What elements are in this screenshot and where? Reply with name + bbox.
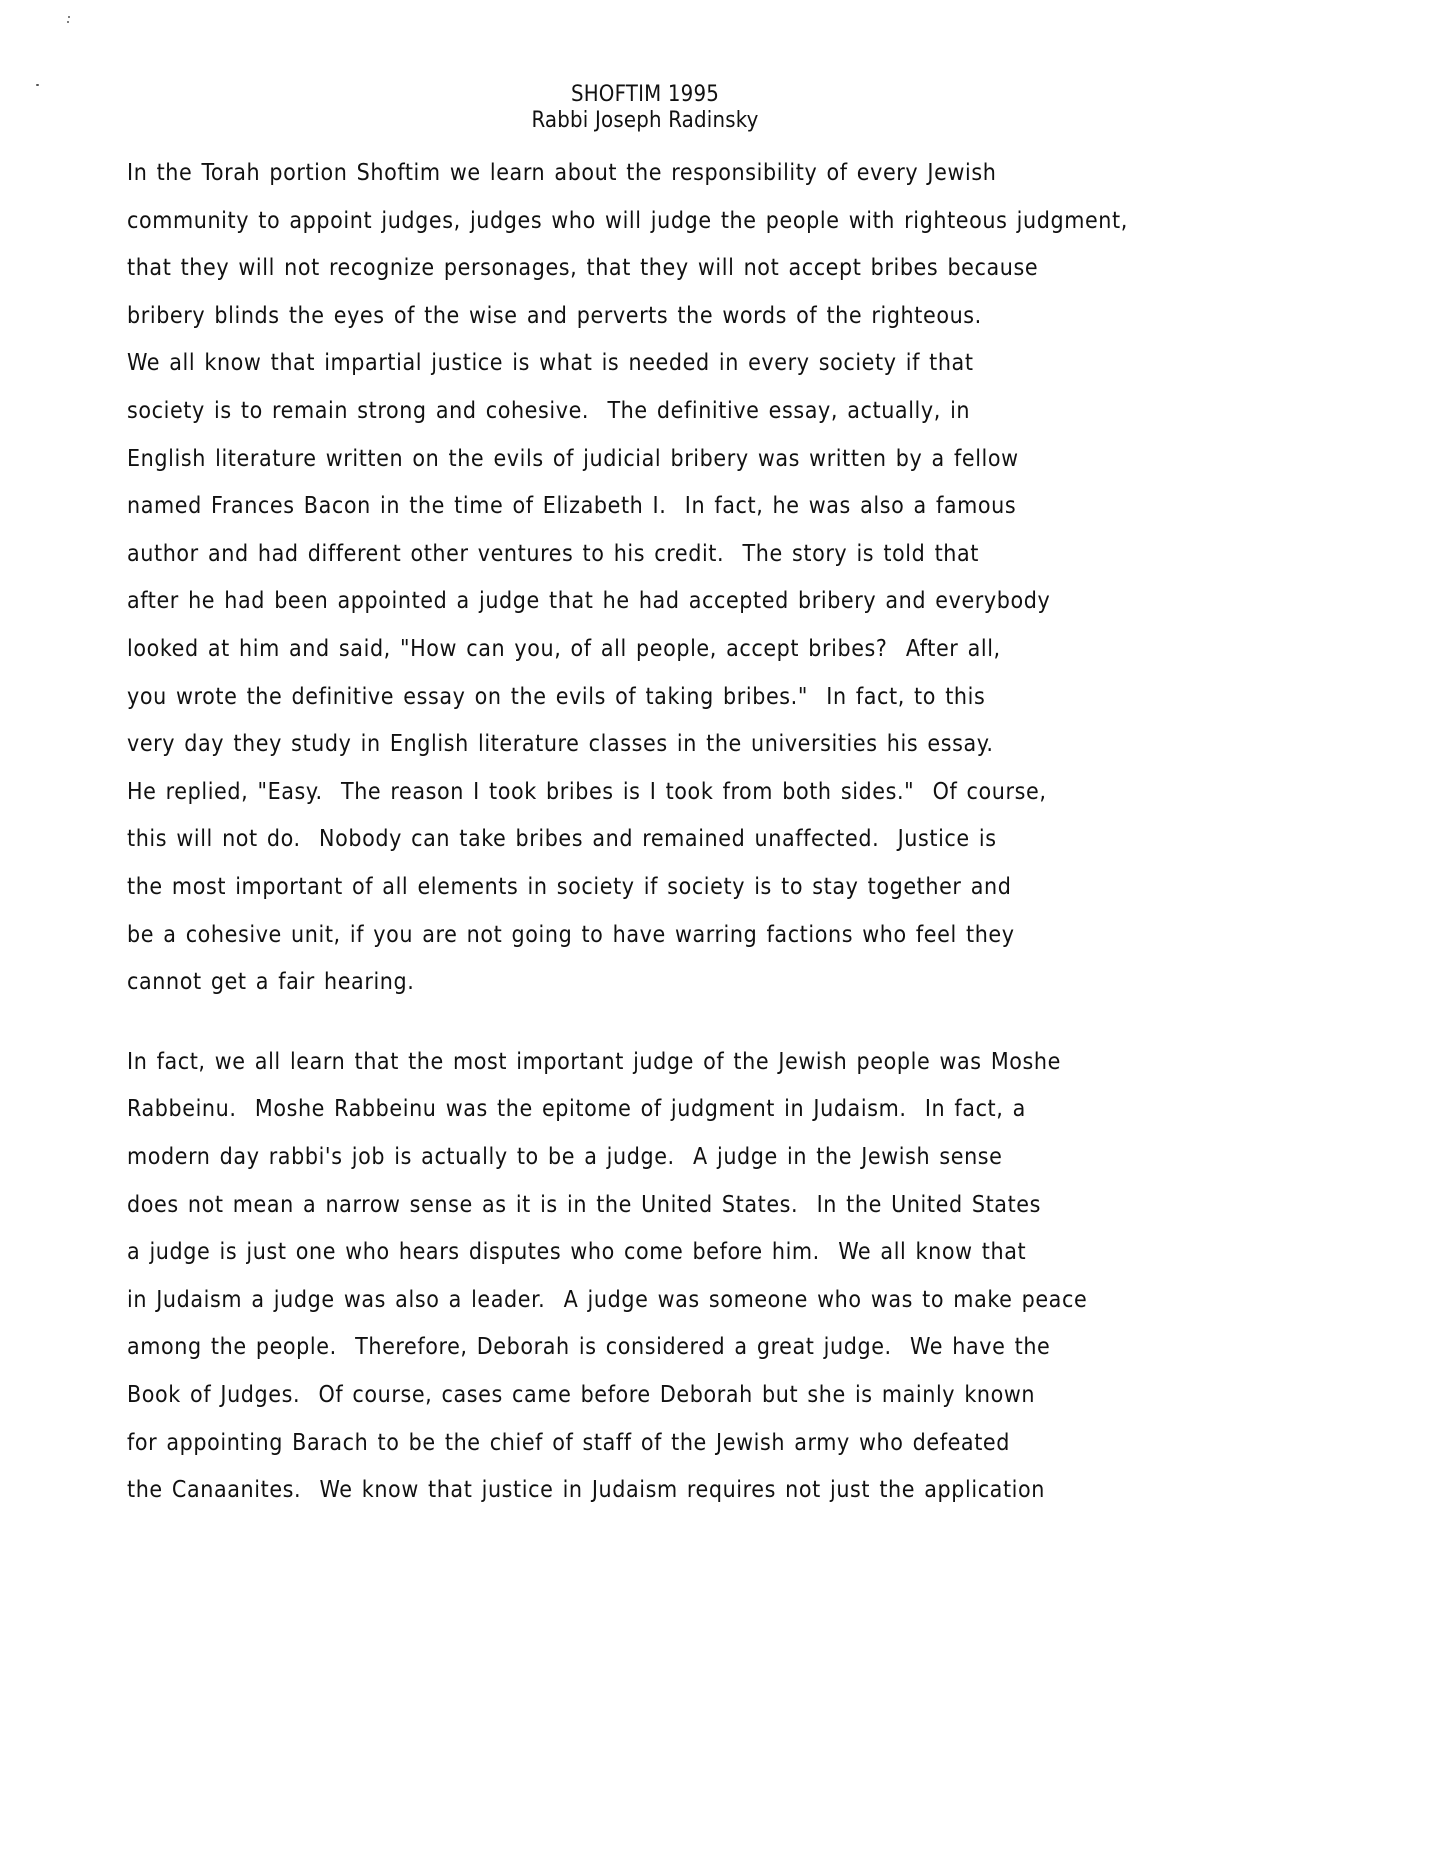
text-line: English literature written on the evils … [127,444,1019,474]
document-author: Rabbi Joseph Radinsky [0,108,1290,134]
text-line: that they will not recognize personages,… [127,253,1038,283]
document-title: SHOFTIM 1995 [0,82,1290,108]
text-line: He replied, "Easy. The reason I took bri… [127,777,1047,807]
text-line: modern day rabbi's job is actually to be… [127,1142,1003,1172]
text-line: We all know that impartial justice is wh… [127,348,974,378]
text-line: Book of Judges. Of course, cases came be… [127,1380,1035,1410]
text-line: the Canaanites. We know that justice in … [127,1475,1045,1505]
text-line: Rabbeinu. Moshe Rabbeinu was the epitome… [127,1094,1026,1124]
text-line: a judge is just one who hears disputes w… [127,1237,1026,1267]
text-line: the most important of all elements in so… [127,872,1011,902]
text-line: looked at him and said, "How can you, of… [127,634,1001,664]
text-line: after he had been appointed a judge that… [127,586,1050,616]
text-line: cannot get a fair hearing. [127,967,414,997]
text-line: you wrote the definitive essay on the ev… [127,682,985,712]
document-page: SHOFTIM 1995 Rabbi Joseph Radinsky In th… [0,0,1430,1851]
text-line: bribery blinds the eyes of the wise and … [127,301,982,331]
text-line: be a cohesive unit, if you are not going… [127,920,1015,950]
scan-speck [68,16,70,18]
text-line: this will not do. Nobody can take bribes… [127,824,997,854]
text-line: community to appoint judges, judges who … [127,206,1128,236]
text-line: In fact, we all learn that the most impo… [127,1047,1061,1077]
text-line: author and had different other ventures … [127,539,979,569]
text-line: society is to remain strong and cohesive… [127,396,970,426]
scan-speck [67,21,69,23]
document-header: SHOFTIM 1995 Rabbi Joseph Radinsky [0,82,1290,134]
text-line: for appointing Barach to be the chief of… [127,1428,1010,1458]
text-line: among the people. Therefore, Deborah is … [127,1332,1050,1362]
text-line: does not mean a narrow sense as it is in… [127,1190,1041,1220]
text-line: very day they study in English literatur… [127,729,994,759]
text-line: named Frances Bacon in the time of Eliza… [127,491,1016,521]
text-line: in Judaism a judge was also a leader. A … [127,1285,1087,1315]
text-line: In the Torah portion Shoftim we learn ab… [127,158,996,188]
